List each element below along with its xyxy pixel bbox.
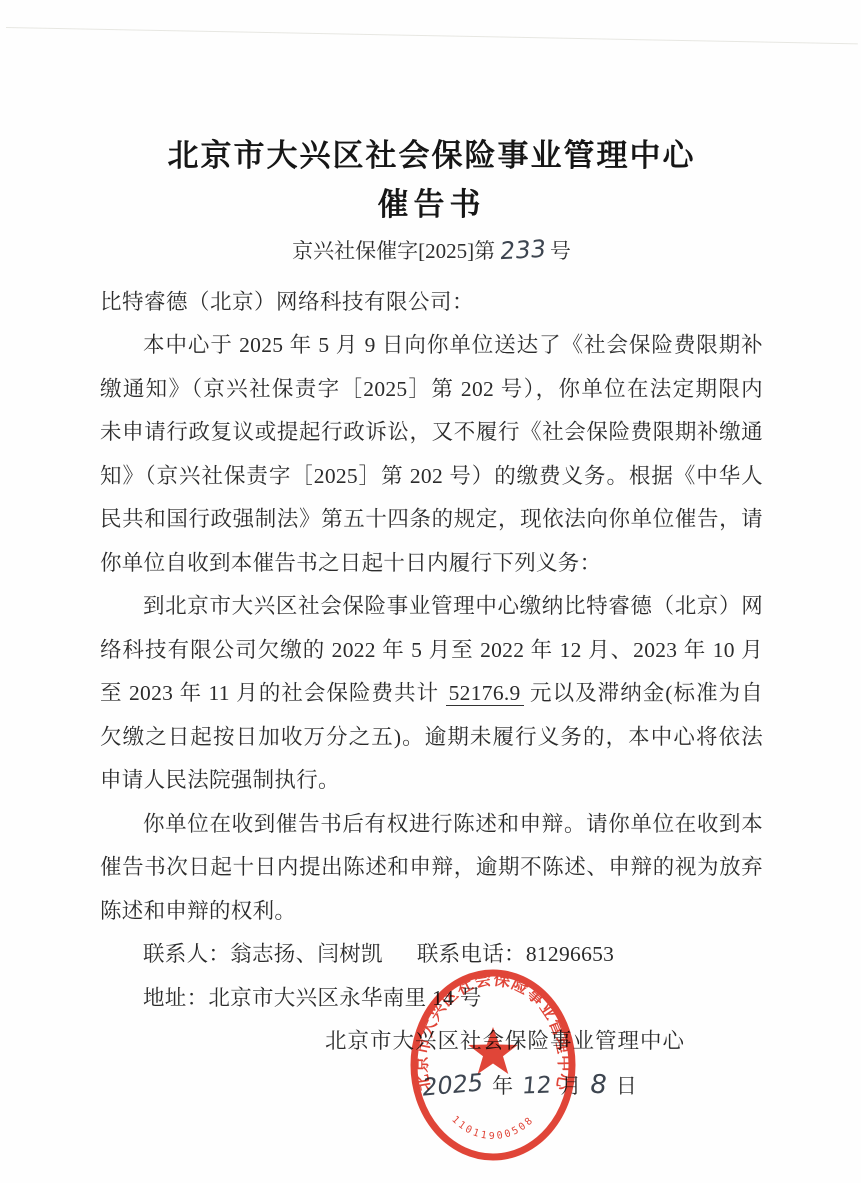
document-title-line2: 催告书 — [100, 182, 763, 228]
seal-star-icon — [468, 1027, 517, 1074]
paragraph-3: 你单位在收到催告书后有权进行陈述和申辩。请你单位在收到本 催告书次日起十日内提出… — [100, 803, 763, 934]
document-number-suffix: 号 — [550, 239, 571, 263]
document-content: 北京市大兴区社会保险事业管理中心 催告书 京兴社保催字[2025]第233号 比… — [100, 0, 763, 1108]
paragraph-line: 你单位在收到催告书后有权进行陈述和申辩。请你单位在收到本 — [100, 803, 763, 847]
paragraph-line: 你单位自收到本催告书之日起十日内履行下列义务： — [100, 542, 763, 586]
paragraph-line: 本中心于 2025 年 5 月 9 日向你单位送达了《社会保险费限期补 — [100, 324, 763, 368]
official-seal-stamp: 北京市大兴区社会保险事业管理中心 11011900508 — [390, 958, 596, 1176]
paragraph-line: 知》（京兴社保责字［2025］第 202 号）的缴费义务。根据《中华人 — [100, 455, 763, 499]
contact-person-names: 翁志扬、闫树凯 — [230, 942, 383, 966]
paragraph-line: 民共和国行政强制法》第五十四条的规定，现依法向你单位催告，请 — [100, 498, 763, 542]
paragraph-line: 催告书次日起十日内提出陈述和申辩，逾期不陈述、申辩的视为放弃 — [100, 846, 763, 890]
scan-edge-shading — [0, 0, 2, 1183]
owed-amount: 52176.9 — [446, 681, 524, 706]
document-number-handwritten: 233 — [498, 233, 547, 268]
scanned-document-page: 北京市大兴区社会保险事业管理中心 催告书 京兴社保催字[2025]第233号 比… — [0, 0, 861, 1183]
paragraph-line: 欠缴之日起按日加收万分之五)。逾期未履行义务的，本中心将依法 — [100, 716, 763, 760]
document-number-prefix: 京兴社保催字[2025]第 — [292, 239, 495, 263]
paragraph-line: 陈述和申辩的权利。 — [100, 890, 763, 934]
paragraph-line: 缴通知》（京兴社保责字［2025］第 202 号），你单位在法定期限内 — [100, 368, 763, 412]
paragraph-line: 未申请行政复议或提起行政诉讼，又不履行《社会保险费限期补缴通 — [100, 411, 763, 455]
document-title-line1: 北京市大兴区社会保险事业管理中心 — [100, 134, 763, 178]
paragraph-2: 到北京市大兴区社会保险事业管理中心缴纳比特睿德（北京）网 络科技有限公司欠缴的 … — [100, 585, 763, 803]
paragraph-line: 申请人民法院强制执行。 — [100, 759, 763, 803]
date-day-unit: 日 — [616, 1065, 637, 1109]
amount-line-post: 元以及滞纳金(标准为自 — [530, 681, 763, 705]
paragraph-line: 络科技有限公司欠缴的 2022 年 5 月至 2022 年 12 月、2023 … — [100, 629, 763, 673]
document-number: 京兴社保催字[2025]第233号 — [100, 234, 763, 267]
recipient-line: 比特睿德（北京）网络科技有限公司： — [100, 281, 763, 324]
paragraph-line: 至 2023 年 11 月的社会保险费共计 52176.9 元以及滞纳金(标准为… — [100, 672, 763, 716]
paragraph-line: 到北京市大兴区社会保险事业管理中心缴纳比特睿德（北京）网 — [100, 585, 763, 629]
paragraph-1: 本中心于 2025 年 5 月 9 日向你单位送达了《社会保险费限期补 缴通知》… — [100, 324, 763, 585]
amount-line-pre: 至 2023 年 11 月的社会保险费共计 — [100, 681, 439, 705]
seal-code: 11011900508 — [449, 1114, 536, 1142]
seal-ring — [414, 973, 572, 1157]
contact-person-label: 联系人： — [143, 942, 230, 966]
